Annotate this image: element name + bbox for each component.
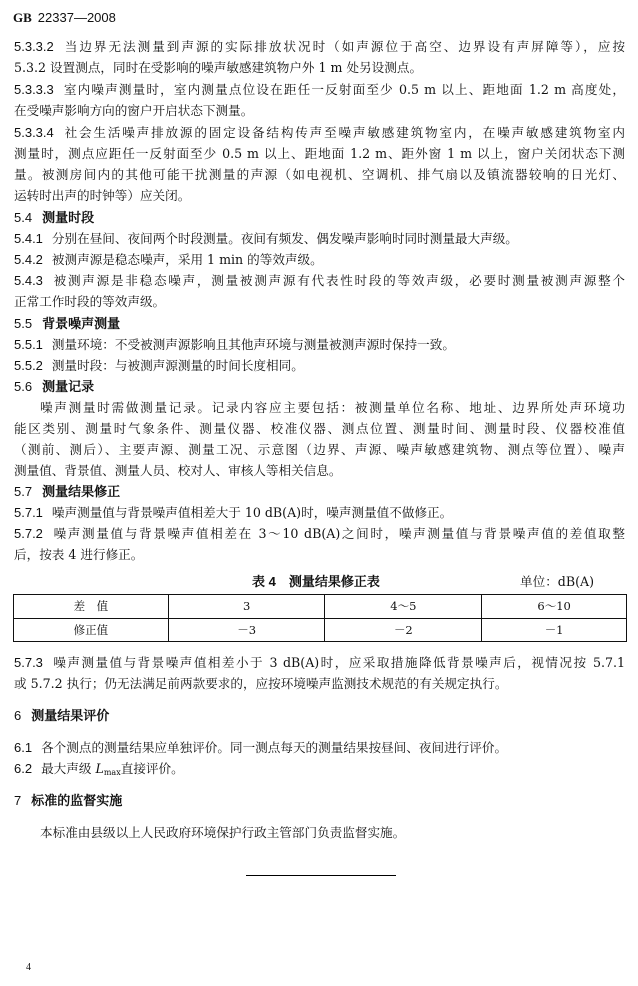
paragraph-line: 能区类别、测量时气象条件、测量仪器、校准仪器、测点位置、测量时间、测量时段、仪器… xyxy=(14,418,625,439)
subscript-max: max xyxy=(104,768,121,777)
clause-5-4-3: 5.4.3被测声源是非稳态噪声，测量被测声源有代表性时段的等效声级，必要时测量被… xyxy=(14,270,625,291)
clause-text: 分别在昼间、夜间两个时段测量。夜间有频发、偶发噪声影响时同时测量最大声级。 xyxy=(52,231,518,246)
correction-table: 差 值 3 4～5 6～10 修正值 －3 －2 －1 xyxy=(13,594,627,642)
clause-number: 5.5.1 xyxy=(14,337,43,352)
clause-text: 噪声测量值与背景噪声值相差小于 3 dB(A)时，应采取措施降低背景噪声后，视情… xyxy=(52,655,625,670)
clause-5-5-1: 5.5.1测量环境：不受被测声源影响且其他声环境与测量被测声源时保持一致。 xyxy=(14,334,625,355)
clause-number: 6.1 xyxy=(14,740,32,755)
clause-text: 测量时段：与被测声源测量的时间长度相同。 xyxy=(52,358,304,373)
section-number: 7 xyxy=(14,793,21,808)
clause-text: 噪声测量值与背景噪声值相差大于 10 dB(A)时，噪声测量值不做修正。 xyxy=(52,505,452,520)
clause-5-3-3-2: 5.3.3.2当边界无法测量到声源的实际排放状况时（如声源位于高空、边界设有声屏… xyxy=(14,36,625,57)
clause-number: 5.5.2 xyxy=(14,358,43,373)
clause-text: 测量环境：不受被测声源影响且其他声环境与测量被测声源时保持一致。 xyxy=(52,337,455,352)
paragraph-line: 噪声测量时需做测量记录。记录内容应主要包括：被测量单位名称、地址、边界所处声环境… xyxy=(40,397,625,418)
table-unit: 单位：dB(A) xyxy=(520,571,594,590)
table-cell: 4～5 xyxy=(325,595,482,619)
clause-5-5-2: 5.5.2测量时段：与被测声源测量的时间长度相同。 xyxy=(14,355,625,376)
paragraph-line: 测量值、背景值、测量人员、校对人、审核人等相关信息。 xyxy=(14,460,625,481)
clause-6-2: 6.2最大声级 Lmax直接评价。 xyxy=(14,758,625,783)
clause-text-line: 正常工作时段的等效声级。 xyxy=(14,291,625,312)
clause-text: 社会生活噪声排放源的固定设备结构传声至噪声敏感建筑物室内，在噪声敏感建筑物室内 xyxy=(63,125,625,140)
clause-number: 5.4.3 xyxy=(14,273,43,288)
clause-text-line: 量。被测房间内的其他可能干扰测量的声源（如电视机、空调机、排气扇以及镇流器较响的… xyxy=(14,164,625,185)
section-title: 背景噪声测量 xyxy=(42,316,120,331)
clause-text-line: 后，按表 4 进行修正。 xyxy=(14,544,625,565)
clause-5-7-3: 5.7.3噪声测量值与背景噪声值相差小于 3 dB(A)时，应采取措施降低背景噪… xyxy=(14,652,625,673)
table-cell: －3 xyxy=(168,618,325,642)
section-title: 测量记录 xyxy=(42,379,94,394)
table-row: 差 值 3 4～5 6～10 xyxy=(14,595,627,619)
section-heading-6: 6测量结果评价 xyxy=(14,705,109,726)
section-number: 5.4 xyxy=(14,210,32,225)
section-heading-5-6: 5.6测量记录 xyxy=(14,376,94,397)
section-heading-5-7: 5.7测量结果修正 xyxy=(14,481,120,502)
clause-text-line: 运转时出声的时钟等）应关闭。 xyxy=(14,185,625,206)
clause-number: 5.3.3.3 xyxy=(14,82,54,97)
section-number: 5.7 xyxy=(14,484,32,499)
clause-number: 5.7.1 xyxy=(14,505,43,520)
clause-text-line: 5.3.2 设置测点，同时在受影响的噪声敏感建筑物户外 1 m 处另设测点。 xyxy=(14,57,625,78)
clause-5-7-1: 5.7.1噪声测量值与背景噪声值相差大于 10 dB(A)时，噪声测量值不做修正… xyxy=(14,502,625,523)
paragraph-line: 本标准由县级以上人民政府环境保护行政主管部门负责监督实施。 xyxy=(40,822,625,843)
section-number: 5.6 xyxy=(14,379,32,394)
clause-number: 5.3.3.4 xyxy=(14,125,54,140)
end-rule-divider xyxy=(246,875,396,876)
table-row: 修正值 －3 －2 －1 xyxy=(14,618,627,642)
clause-5-4-1: 5.4.1分别在昼间、夜间两个时段测量。夜间有频发、偶发噪声影响时同时测量最大声… xyxy=(14,228,625,249)
section-heading-5-5: 5.5背景噪声测量 xyxy=(14,313,120,334)
table-cell: 3 xyxy=(168,595,325,619)
section-number: 5.5 xyxy=(14,316,32,331)
standard-prefix: GB xyxy=(13,10,32,25)
clause-text: 室内噪声测量时，室内测量点位设在距任一反射面至少 0.5 m 以上、距地面 1.… xyxy=(63,82,625,97)
page-number: 4 xyxy=(26,962,31,973)
section-heading-5-4: 5.4测量时段 xyxy=(14,207,94,228)
clause-text-line: 在受噪声影响方向的窗户开启状态下测量。 xyxy=(14,100,625,121)
section-title: 标准的监督实施 xyxy=(31,793,122,808)
clause-5-7-2: 5.7.2噪声测量值与背景噪声值相差在 3～10 dB(A)之间时，噪声测量值与… xyxy=(14,523,625,544)
symbol-L: L xyxy=(95,761,103,776)
clause-text: 最大声级 xyxy=(41,761,95,776)
row-label: 修正值 xyxy=(14,618,169,642)
section-heading-7: 7标准的监督实施 xyxy=(14,790,122,811)
section-title: 测量结果修正 xyxy=(42,484,120,499)
paragraph-line: （测前、测后）、主要声源、测量工况、示意图（边界、声源、噪声敏感建筑物、测点等位… xyxy=(14,439,625,460)
clause-text: 直接评价。 xyxy=(121,761,184,776)
clause-5-3-3-3: 5.3.3.3室内噪声测量时，室内测量点位设在距任一反射面至少 0.5 m 以上… xyxy=(14,79,625,100)
clause-5-4-2: 5.4.2被测声源是稳态噪声，采用 1 min 的等效声级。 xyxy=(14,249,625,270)
clause-number: 5.7.2 xyxy=(14,526,43,541)
row-label: 差 值 xyxy=(14,595,169,619)
table-cell: －2 xyxy=(325,618,482,642)
clause-text: 各个测点的测量结果应单独评价。同一测点每天的测量结果按昼间、夜间进行评价。 xyxy=(41,740,507,755)
clause-6-1: 6.1各个测点的测量结果应单独评价。同一测点每天的测量结果按昼间、夜间进行评价。 xyxy=(14,737,625,758)
clause-number: 5.4.2 xyxy=(14,252,43,267)
clause-text: 被测声源是稳态噪声，采用 1 min 的等效声级。 xyxy=(52,252,323,267)
clause-text-line: 测量时，测点应距任一反射面至少 0.5 m 以上、距地面 1.2 m、距外窗 1… xyxy=(14,143,625,164)
section-title: 测量时段 xyxy=(42,210,94,225)
table-cell: 6～10 xyxy=(482,595,627,619)
clause-number: 5.7.3 xyxy=(14,655,43,670)
clause-number: 6.2 xyxy=(14,761,32,776)
section-number: 6 xyxy=(14,708,21,723)
section-title: 测量结果评价 xyxy=(31,708,109,723)
clause-text-line: 或 5.7.2 执行；仍无法满足前两款要求的，应按环境噪声监测技术规范的有关规定… xyxy=(14,673,625,694)
table-caption: 表 4 测量结果修正表 xyxy=(252,571,380,590)
standard-number: 22337—2008 xyxy=(38,10,116,25)
clause-text: 噪声测量值与背景噪声值相差在 3～10 dB(A)之间时，噪声测量值与背景噪声值… xyxy=(52,526,625,541)
clause-number: 5.4.1 xyxy=(14,231,43,246)
document-header: GB22337—2008 xyxy=(13,10,116,26)
clause-number: 5.3.3.2 xyxy=(14,39,54,54)
clause-5-3-3-4: 5.3.3.4社会生活噪声排放源的固定设备结构传声至噪声敏感建筑物室内，在噪声敏… xyxy=(14,122,625,143)
clause-text: 当边界无法测量到声源的实际排放状况时（如声源位于高空、边界设有声屏障等），应按 xyxy=(63,39,625,54)
clause-text: 被测声源是非稳态噪声，测量被测声源有代表性时段的等效声级，必要时测量被测声源整个 xyxy=(52,273,625,288)
table-cell: －1 xyxy=(482,618,627,642)
